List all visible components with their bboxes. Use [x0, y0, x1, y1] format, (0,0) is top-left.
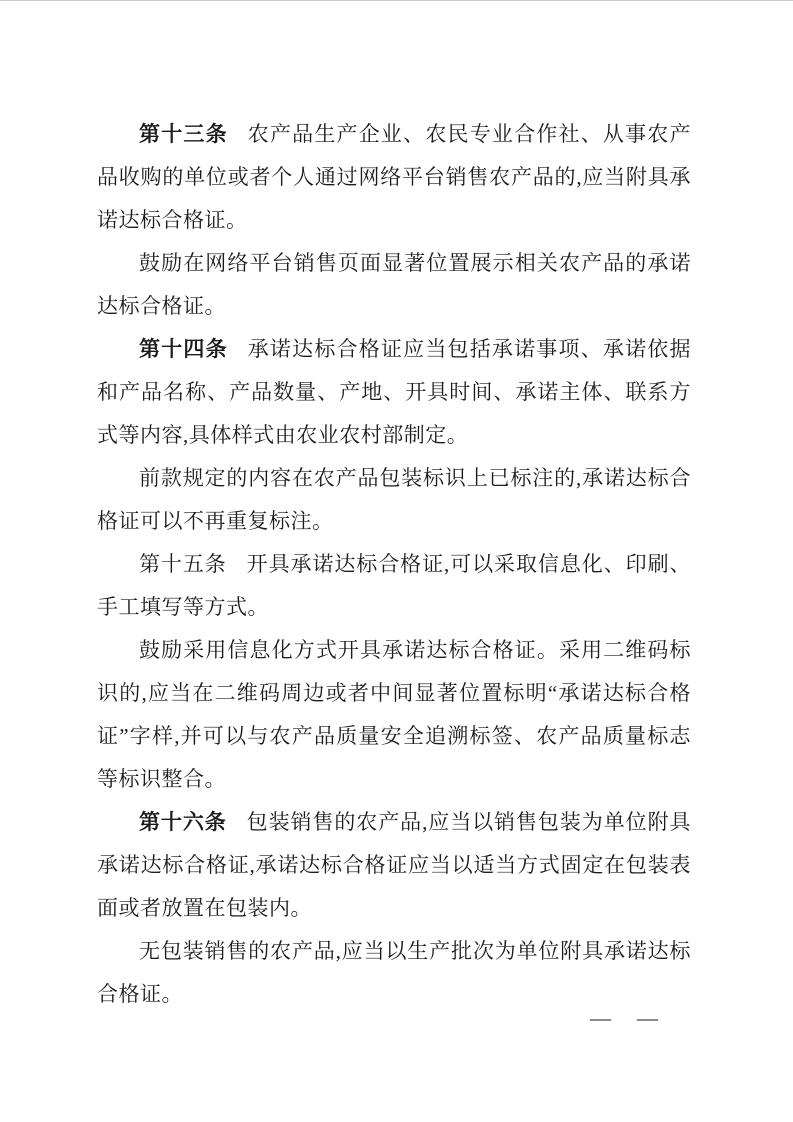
- document-body: 第十三条农产品生产企业、农民专业合作社、从事农产品收购的单位或者个人通过网络平台…: [97, 113, 691, 1016]
- paragraph-article-14: 第十四条承诺达标合格证应当包括承诺事项、承诺依据和产品名称、产品数量、产地、开具…: [97, 328, 691, 457]
- article-13-number: 第十三条: [139, 123, 228, 146]
- page-number-left-dash: —: [590, 1008, 611, 1029]
- document-page: 第十三条农产品生产企业、农民专业合作社、从事农产品收购的单位或者个人通过网络平台…: [0, 0, 793, 1122]
- page-top-edge: [0, 0, 793, 1]
- article-14-number: 第十四条: [139, 338, 228, 361]
- page-number-footer: — —: [590, 1008, 658, 1029]
- article-15-para-2-text: 鼓励采用信息化方式开具承诺达标合格证。采用二维码标识的,应当在二维码周边或者中间…: [97, 638, 691, 791]
- paragraph-article-15: 第十五条开具承诺达标合格证,可以采取信息化、印刷、手工填写等方式。: [97, 543, 691, 629]
- paragraph-article-15-para-2: 鼓励采用信息化方式开具承诺达标合格证。采用二维码标识的,应当在二维码周边或者中间…: [97, 629, 691, 801]
- article-13-para-2-text: 鼓励在网络平台销售页面显著位置展示相关农产品的承诺达标合格证。: [97, 251, 691, 318]
- article-16-number: 第十六条: [139, 811, 227, 834]
- paragraph-article-13: 第十三条农产品生产企业、农民专业合作社、从事农产品收购的单位或者个人通过网络平台…: [97, 113, 691, 242]
- article-16-para-2-text: 无包装销售的农产品,应当以生产批次为单位附具承诺达标合格证。: [97, 939, 691, 1006]
- paragraph-article-14-para-2: 前款规定的内容在农产品包装标识上已标注的,承诺达标合格证可以不再重复标注。: [97, 457, 691, 543]
- article-15-number: 第十五条: [139, 552, 227, 576]
- article-14-para-2-text: 前款规定的内容在农产品包装标识上已标注的,承诺达标合格证可以不再重复标注。: [97, 466, 691, 533]
- paragraph-article-13-para-2: 鼓励在网络平台销售页面显著位置展示相关农产品的承诺达标合格证。: [97, 242, 691, 328]
- page-number-right-dash: —: [637, 1008, 658, 1029]
- paragraph-article-16: 第十六条包装销售的农产品,应当以销售包装为单位附具承诺达标合格证,承诺达标合格证…: [97, 801, 691, 930]
- paragraph-article-16-para-2: 无包装销售的农产品,应当以生产批次为单位附具承诺达标合格证。: [97, 930, 691, 1016]
